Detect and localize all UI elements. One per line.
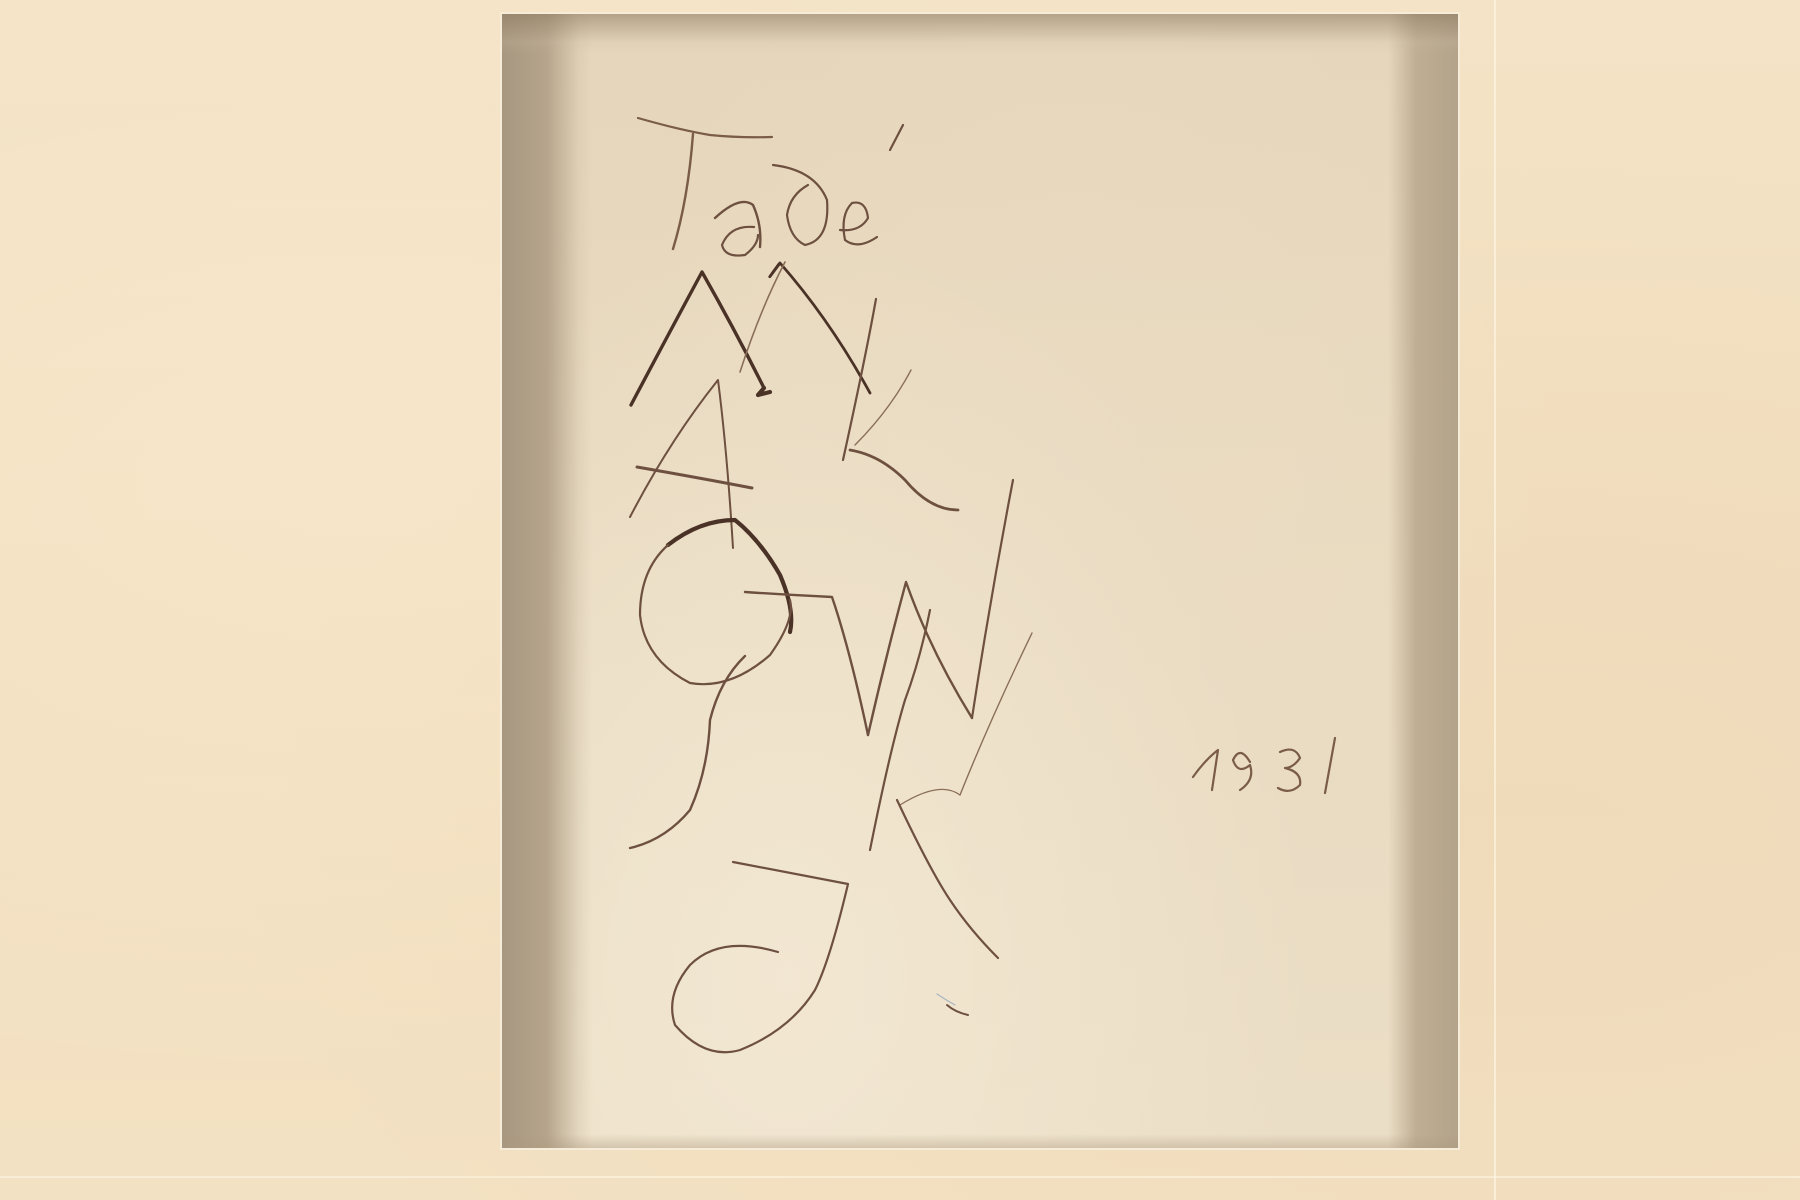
letter-T	[638, 118, 772, 249]
letter-I	[672, 862, 848, 1052]
letter-W	[745, 480, 1013, 735]
letter-S	[630, 656, 745, 848]
letter-e-accent	[840, 125, 903, 244]
letter-K-upper	[843, 299, 958, 510]
letter-K-lower	[870, 610, 1032, 958]
ink-marks	[937, 994, 968, 1015]
letter-d	[773, 165, 827, 245]
letter-M	[631, 262, 870, 405]
date-1931	[1193, 738, 1335, 793]
letter-A	[630, 380, 752, 548]
letter-O	[640, 520, 791, 684]
letter-a	[715, 202, 760, 256]
handwritten-signature	[0, 0, 1800, 1200]
